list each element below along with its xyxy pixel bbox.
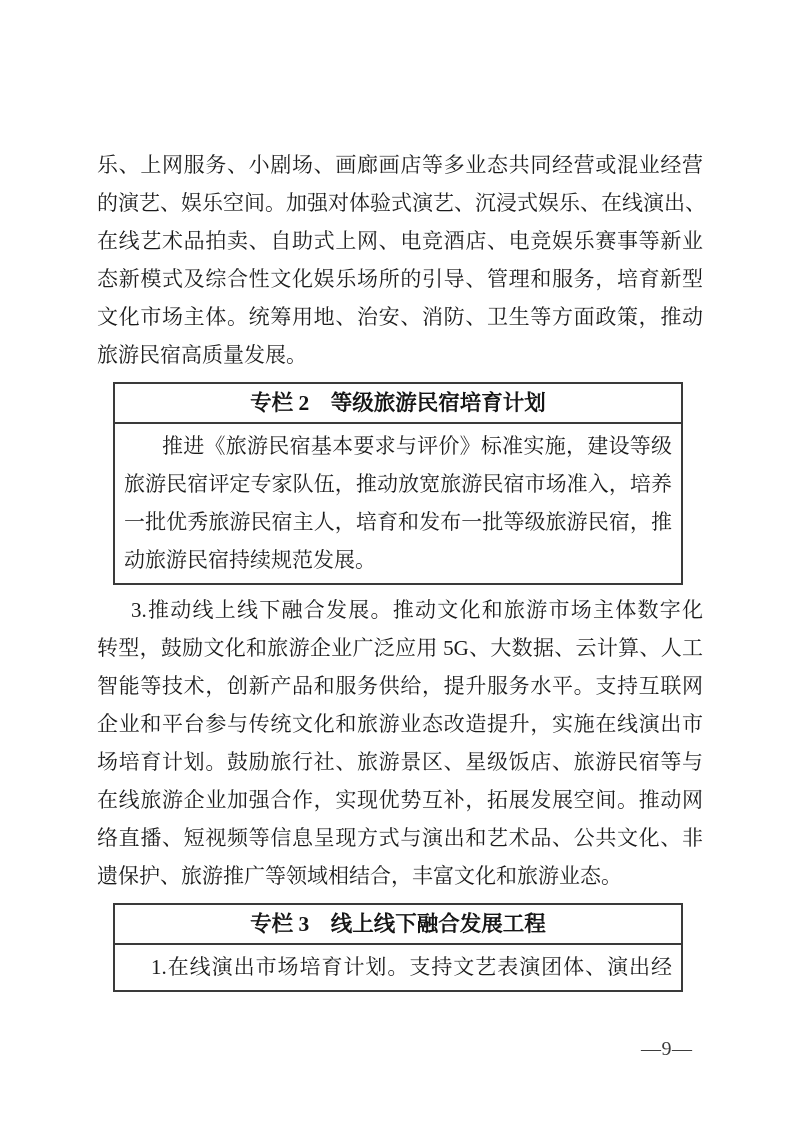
paragraph-1: 乐、上网服务、小剧场、画廊画店等多业态共同经营或混业经营 的演艺、娱乐空间。加强… xyxy=(97,146,703,374)
text-line: 在线艺术品拍卖、自助式上网、电竞酒店、电竞娱乐赛事等新业 xyxy=(97,222,703,260)
text-line: 在线旅游企业加强合作，实现优势互补，拓展发展空间。推动网 xyxy=(97,781,703,819)
text-line: 3.推动线上线下融合发展。推动文化和旅游市场主体数字化 xyxy=(97,591,703,629)
text-line: 的演艺、娱乐空间。加强对体验式演艺、沉浸式娱乐、在线演出、 xyxy=(97,184,703,222)
column-box-2: 专栏 2 等级旅游民宿培育计划 推进《旅游民宿基本要求与评价》标准实施，建设等级… xyxy=(113,382,683,585)
column-box-3: 专栏 3 线上线下融合发展工程 1.在线演出市场培育计划。支持文艺表演团体、演出… xyxy=(113,903,683,992)
text-line: 遗保护、旅游推广等领域相结合，丰富文化和旅游业态。 xyxy=(97,857,703,895)
page-number: —9— xyxy=(641,1038,701,1060)
column-box-3-body: 1.在线演出市场培育计划。支持文艺表演团体、演出经 xyxy=(115,945,681,990)
text-line: 智能等技术，创新产品和服务供给，提升服务水平。支持互联网 xyxy=(97,667,703,705)
text-line: 乐、上网服务、小剧场、画廊画店等多业态共同经营或混业经营 xyxy=(97,146,703,184)
column-box-2-title: 专栏 2 等级旅游民宿培育计划 xyxy=(115,384,681,424)
text-line: 转型，鼓励文化和旅游企业广泛应用 5G、大数据、云计算、人工 xyxy=(97,629,703,667)
text-line: 1.在线演出市场培育计划。支持文艺表演团体、演出经 xyxy=(124,948,672,986)
text-line: 场培育计划。鼓励旅行社、旅游景区、星级饭店、旅游民宿等与 xyxy=(97,743,703,781)
text-line: 推进《旅游民宿基本要求与评价》标准实施，建设等级 xyxy=(124,427,672,465)
document-page: 乐、上网服务、小剧场、画廊画店等多业态共同经营或混业经营 的演艺、娱乐空间。加强… xyxy=(0,0,793,1122)
text-line: 一批优秀旅游民宿主人，培育和发布一批等级旅游民宿，推 xyxy=(124,503,672,541)
text-line: 企业和平台参与传统文化和旅游业态改造提升，实施在线演出市 xyxy=(97,705,703,743)
column-box-3-title: 专栏 3 线上线下融合发展工程 xyxy=(115,905,681,945)
text-line: 络直播、短视频等信息呈现方式与演出和艺术品、公共文化、非 xyxy=(97,819,703,857)
text-line: 旅游民宿高质量发展。 xyxy=(97,336,703,374)
text-line: 态新模式及综合性文化娱乐场所的引导、管理和服务，培育新型 xyxy=(97,260,703,298)
text-line: 文化市场主体。统筹用地、治安、消防、卫生等方面政策，推动 xyxy=(97,298,703,336)
column-box-2-body: 推进《旅游民宿基本要求与评价》标准实施，建设等级 旅游民宿评定专家队伍，推动放宽… xyxy=(115,424,681,583)
paragraph-2: 3.推动线上线下融合发展。推动文化和旅游市场主体数字化 转型，鼓励文化和旅游企业… xyxy=(97,591,703,895)
text-line: 旅游民宿评定专家队伍，推动放宽旅游民宿市场准入，培养 xyxy=(124,465,672,503)
text-line: 动旅游民宿持续规范发展。 xyxy=(124,541,672,579)
